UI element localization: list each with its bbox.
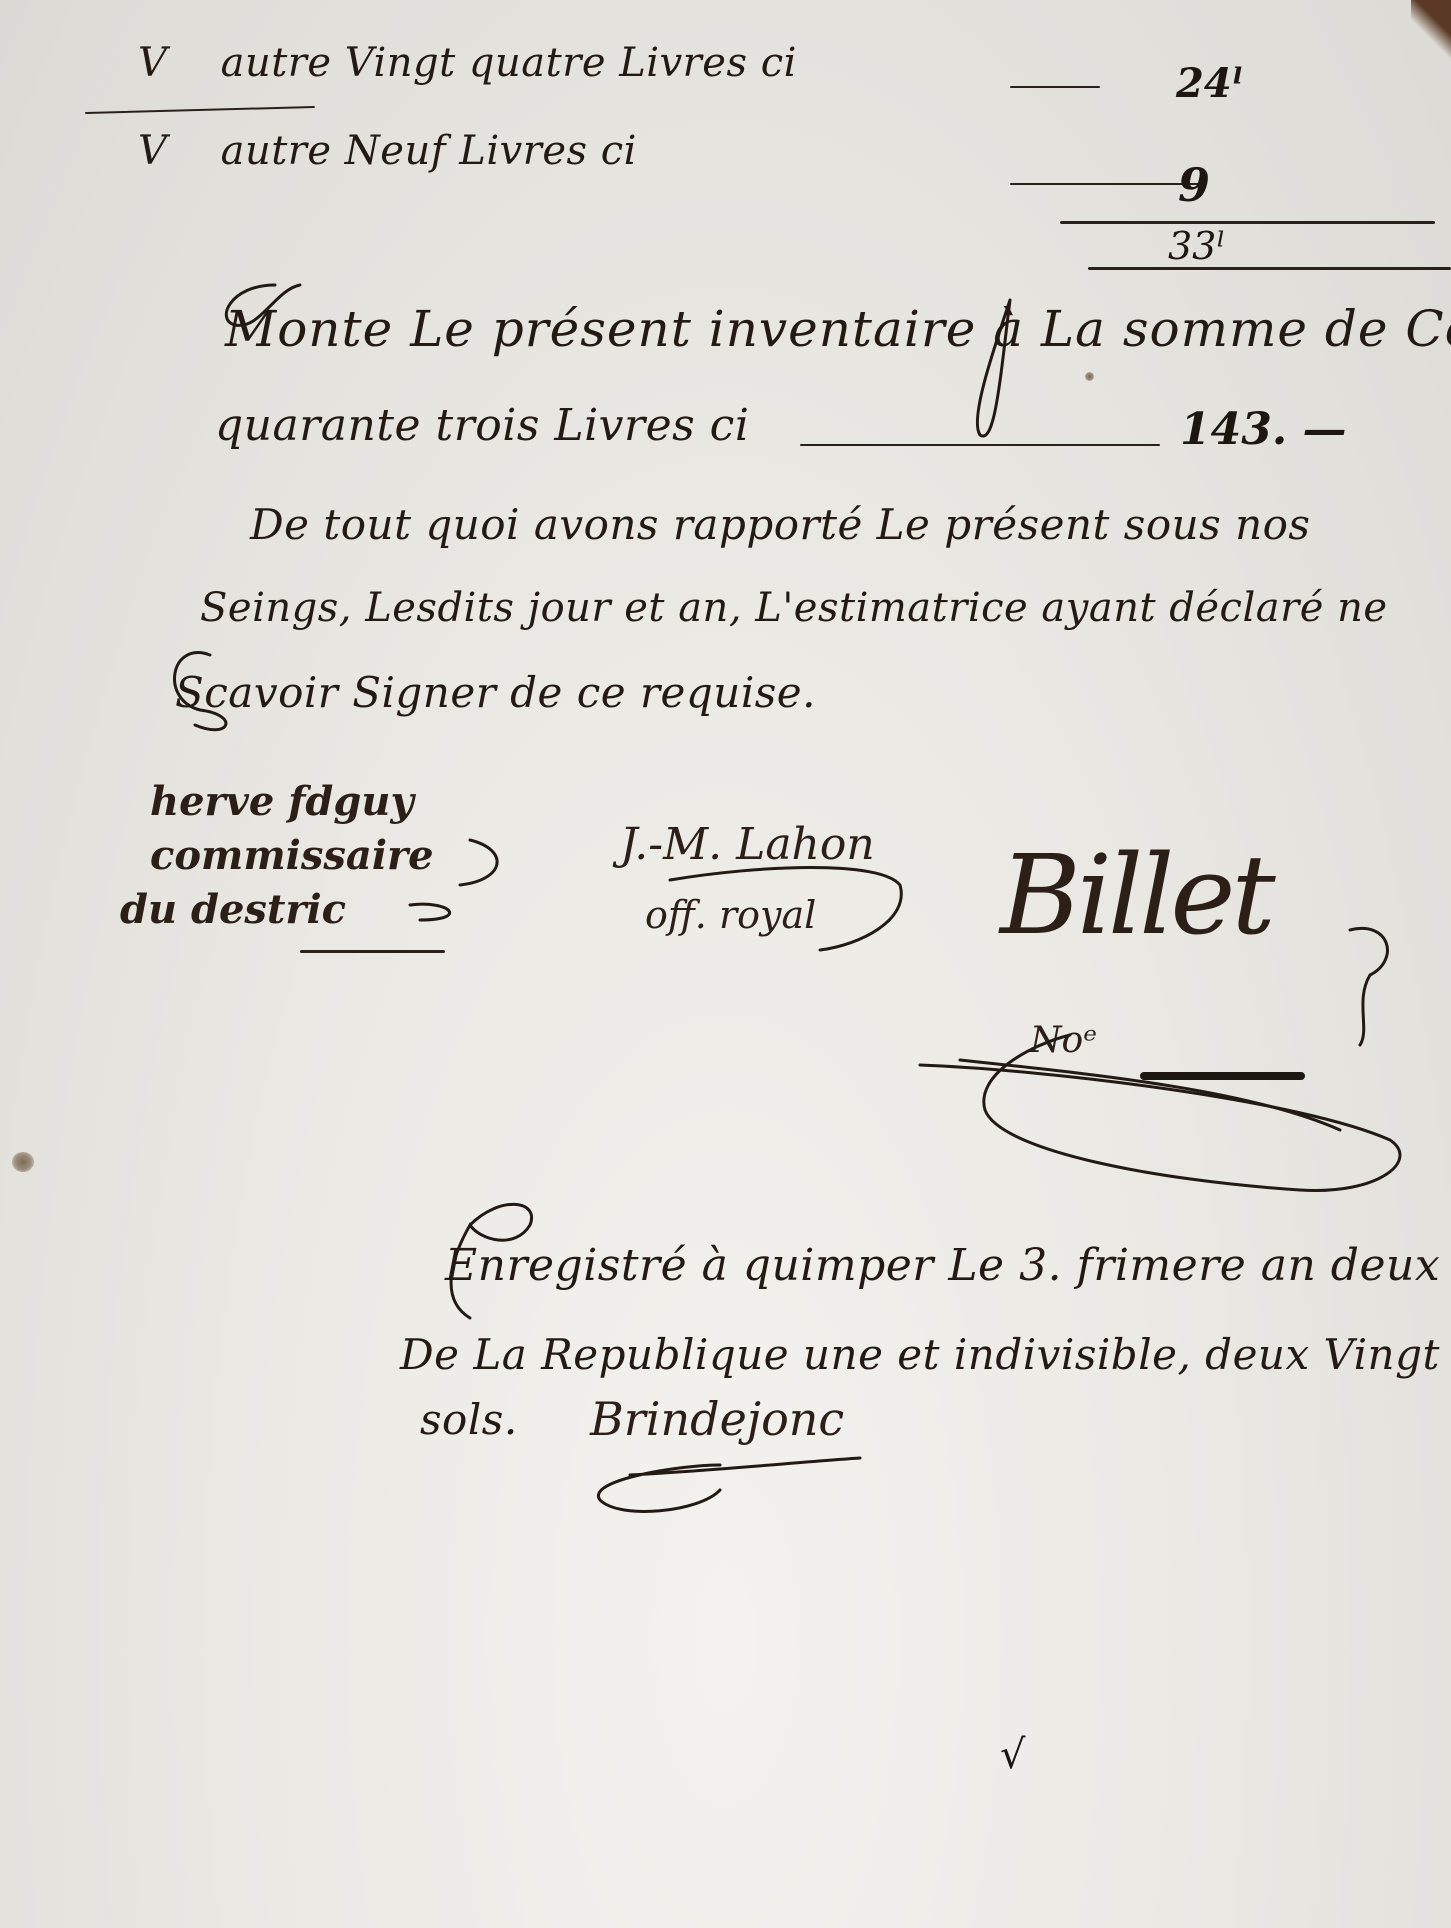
ink-dot xyxy=(1085,372,1094,381)
bottom-tick-mark: √ xyxy=(1000,1732,1026,1778)
signature-notary-title: Noᵉ xyxy=(1030,1020,1097,1061)
summary-line-1: Monte Le présent inventaire à La somme d… xyxy=(225,300,1451,358)
registration-signature: Brindejonc xyxy=(590,1392,844,1446)
ledger-item-1-leader xyxy=(1010,86,1100,88)
closing-line-1: De tout quoi avons rapporté Le présent s… xyxy=(250,500,1310,549)
signature-officer: J.-M. Lahon off. royal xyxy=(620,810,875,950)
ledger-item-1: V autre Vingt quatre Livres ci xyxy=(138,40,797,86)
signature-officer-title: off. royal xyxy=(645,880,875,950)
registration-line-3: sols. xyxy=(420,1395,518,1444)
subtotal-double-rule xyxy=(1088,267,1451,270)
signature-notary: Billet xyxy=(1000,840,1272,950)
ledger-subtotal: 33ˡ xyxy=(1168,224,1226,268)
signature-officer-name: J.-M. Lahon xyxy=(620,810,875,880)
signature-commissaire-name: herve fdguy xyxy=(150,775,434,829)
closing-line-2: Seings, Lesdits jour et an, L'estimatric… xyxy=(200,585,1388,631)
ledger-item-1-marker: V xyxy=(138,40,167,86)
ledger-item-1-amount: 24ˡ xyxy=(1176,60,1243,107)
subtotal-rule xyxy=(1060,221,1435,224)
registration-line-2: De La Republique une et indivisible, deu… xyxy=(400,1330,1440,1379)
page-corner-shadow xyxy=(1411,0,1451,60)
closing-line-3: Scavoir Signer de ce requise. xyxy=(175,668,816,717)
ledger-item-2-amount: 9 xyxy=(1178,158,1210,212)
ledger-item-2-marker: V xyxy=(138,128,167,174)
ledger-item-1-text: autre Vingt quatre Livres ci xyxy=(221,40,797,86)
summary-line-2: quarante trois Livres ci xyxy=(215,400,749,451)
ledger-item-2-text: autre Neuf Livres ci xyxy=(221,128,637,174)
summary-total: 143. — xyxy=(1180,404,1346,455)
signature-notary-name: Billet xyxy=(1000,840,1272,950)
pen-flourishes xyxy=(0,0,1451,1928)
signature-commissaire-underline xyxy=(300,950,445,953)
summary-leader xyxy=(800,444,1160,446)
signature-notary-bar xyxy=(1140,1072,1305,1080)
ledger-separator xyxy=(85,106,315,114)
document-page: V autre Vingt quatre Livres ci 24ˡ V aut… xyxy=(0,0,1451,1928)
signature-commissaire: herve fdguy commissaire du destric xyxy=(150,775,434,937)
signature-commissaire-title: commissaire xyxy=(150,829,434,883)
registration-line-1: Enregistré à quimper Le 3. frimere an de… xyxy=(445,1240,1440,1291)
ledger-item-2: V autre Neuf Livres ci xyxy=(138,128,637,174)
ink-stain xyxy=(12,1152,34,1172)
signature-commissaire-district: du destric xyxy=(120,883,434,937)
ledger-item-2-leader xyxy=(1010,183,1200,185)
